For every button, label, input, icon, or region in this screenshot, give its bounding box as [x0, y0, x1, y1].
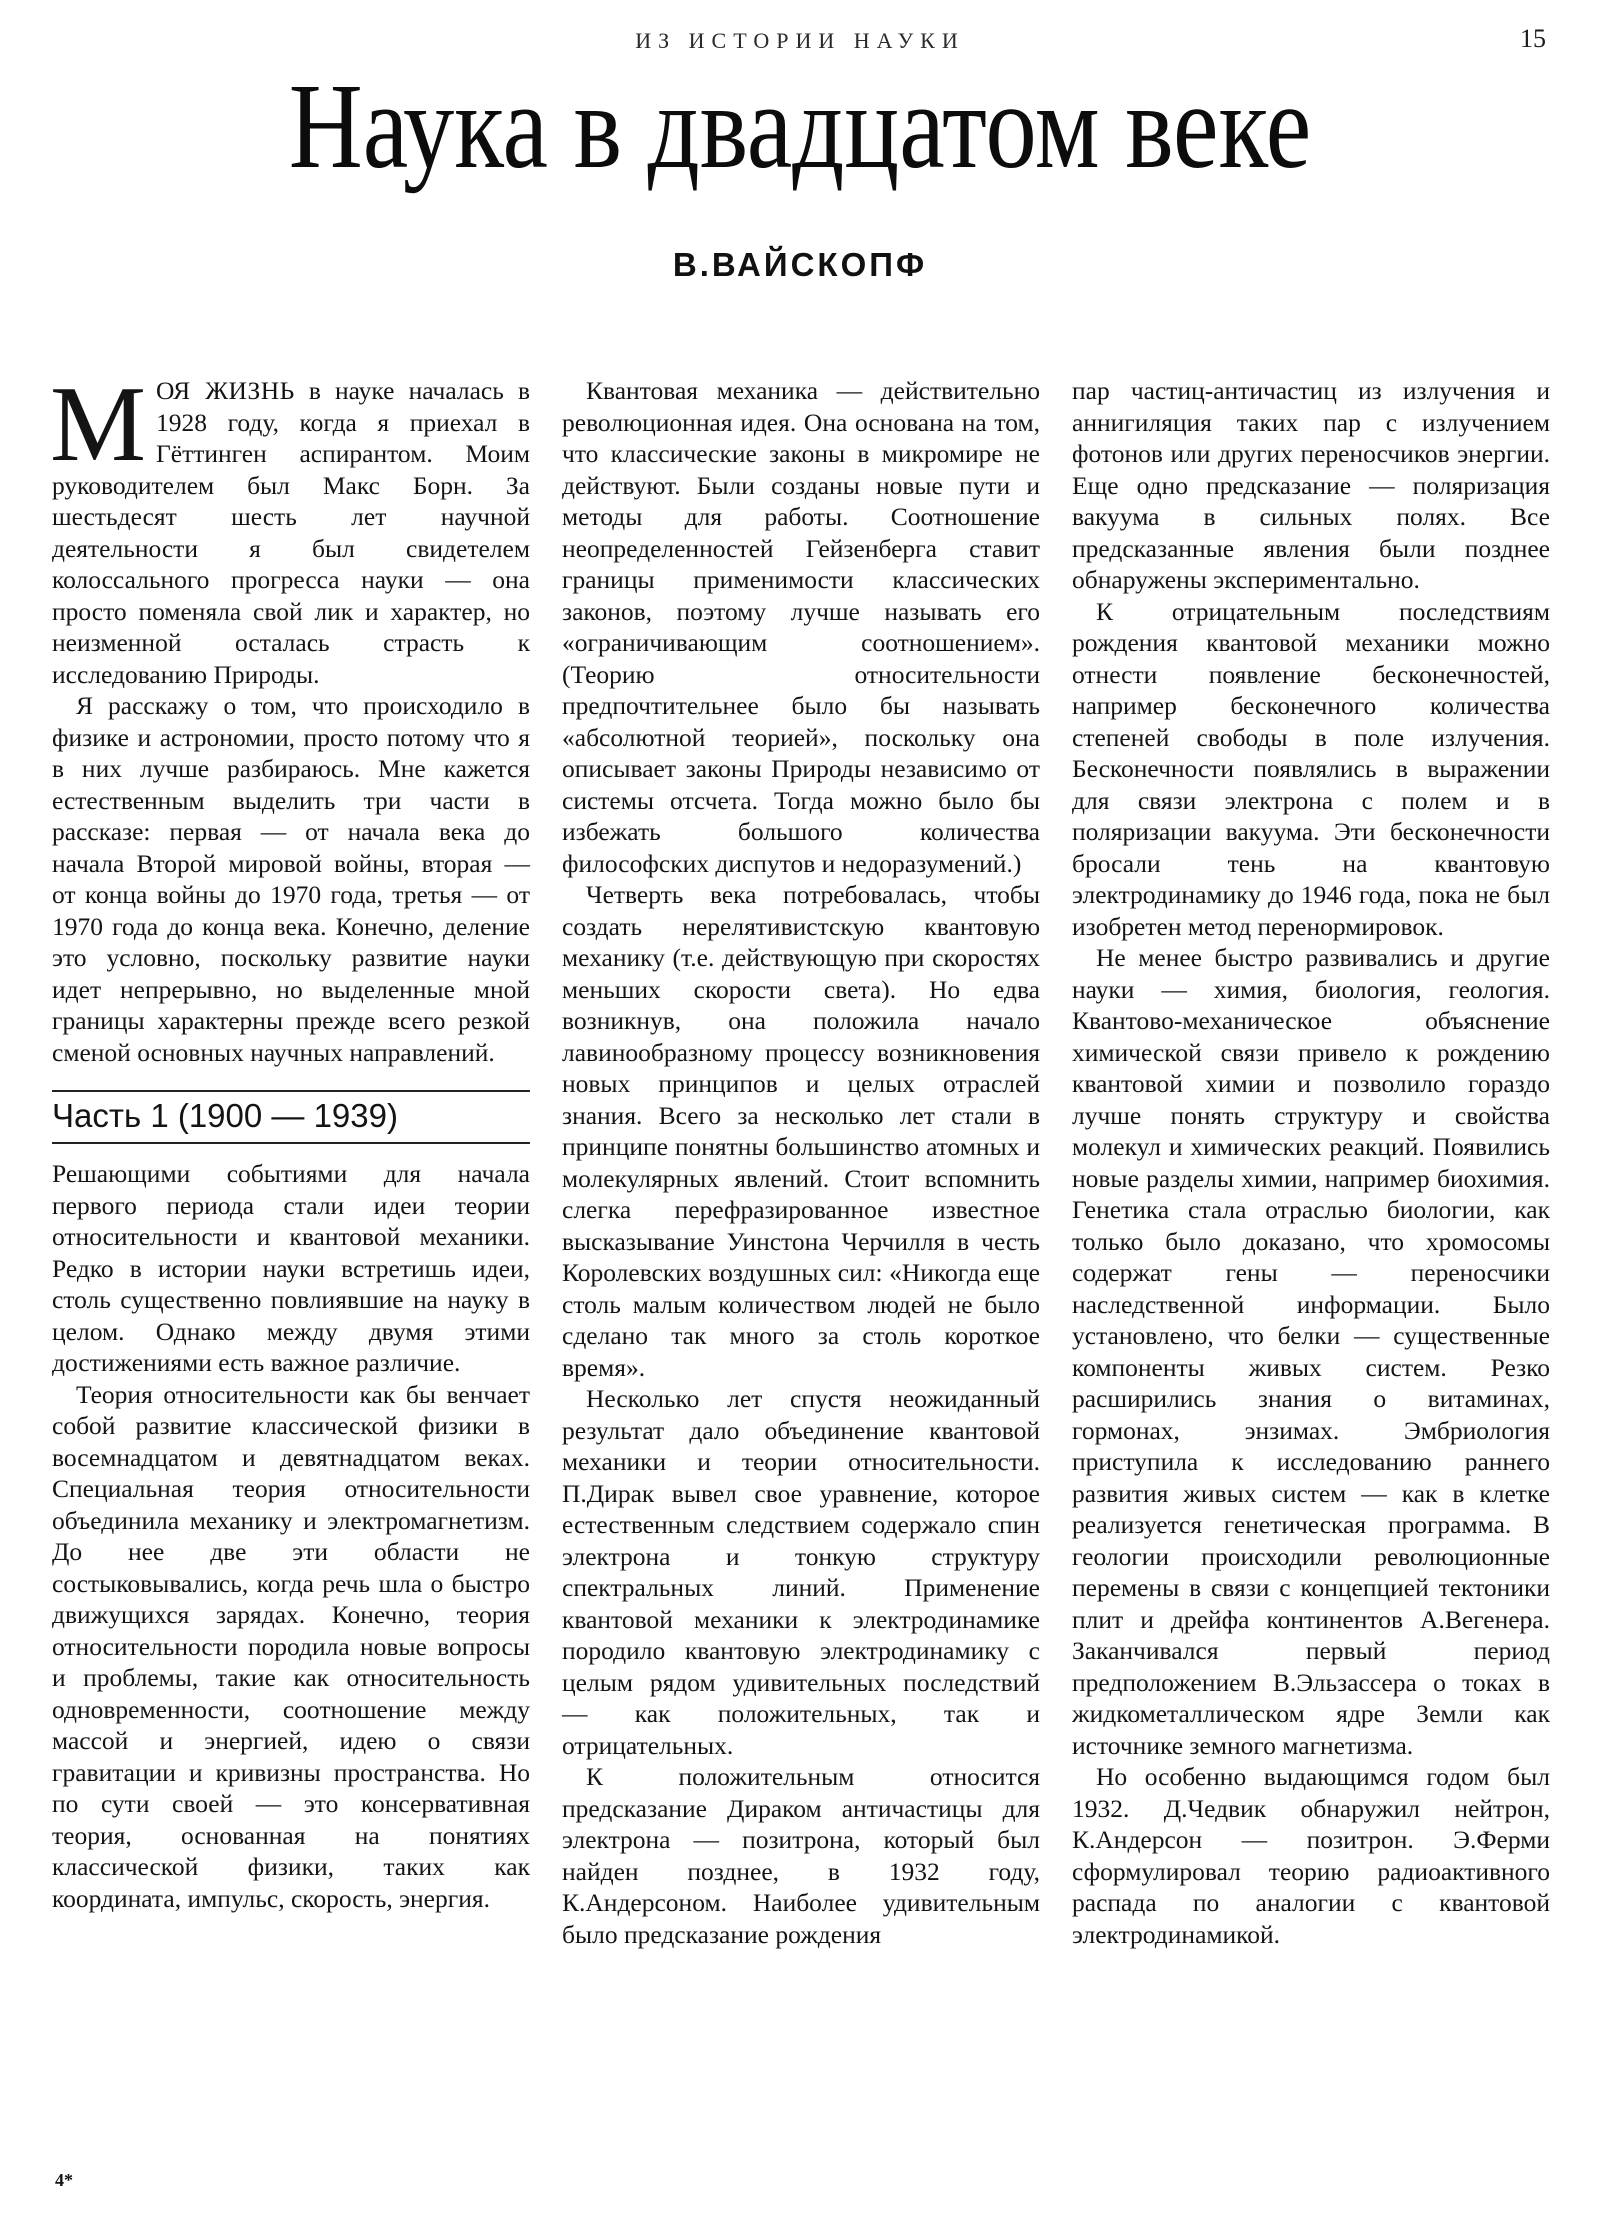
printer-signature-mark: 4*	[55, 2170, 73, 2191]
paragraph: Квантовая механика — действительно револ…	[562, 375, 1040, 879]
paragraph: пар частиц-античастиц из излучения и анн…	[1072, 375, 1550, 596]
paragraph: МОЯ ЖИЗНЬ в науке началась в 1928 году, …	[52, 375, 530, 690]
drop-cap: М	[50, 381, 146, 469]
paragraph: К отрицательным последствиям рождения кв…	[1072, 596, 1550, 943]
paragraph: Не менее быстро развивались и другие нау…	[1072, 942, 1550, 1761]
paragraph: Теория относительности как бы венчает со…	[52, 1379, 530, 1915]
paragraph: Несколько лет спустя неожиданный результ…	[562, 1383, 1040, 1761]
paragraph: Четверть века потребовалась, чтобы созда…	[562, 879, 1040, 1383]
lead-in: ОЯ ЖИЗНЬ	[156, 376, 295, 405]
text-column-1: МОЯ ЖИЗНЬ в науке началась в 1928 году, …	[52, 375, 530, 1914]
paragraph: Я расскажу о том, что происходило в физи…	[52, 690, 530, 1068]
paragraph: К положительным относится предсказание Д…	[562, 1761, 1040, 1950]
section-heading: Часть 1 (1900 — 1939)	[52, 1090, 530, 1144]
paragraph: Но особенно выдающимся годом был 1932. Д…	[1072, 1761, 1550, 1950]
running-head: ИЗ ИСТОРИИ НАУКИ	[0, 28, 1600, 54]
article-title: Наука в двадцатом веке	[128, 62, 1472, 192]
page-number: 15	[1520, 24, 1546, 54]
paragraph: Решающими событиями для начала первого п…	[52, 1158, 530, 1379]
text-column-2: Квантовая механика — действительно револ…	[562, 375, 1040, 1950]
text-column-3: пар частиц-античастиц из излучения и анн…	[1072, 375, 1550, 1950]
article-author: В.ВАЙСКОПФ	[0, 246, 1600, 284]
